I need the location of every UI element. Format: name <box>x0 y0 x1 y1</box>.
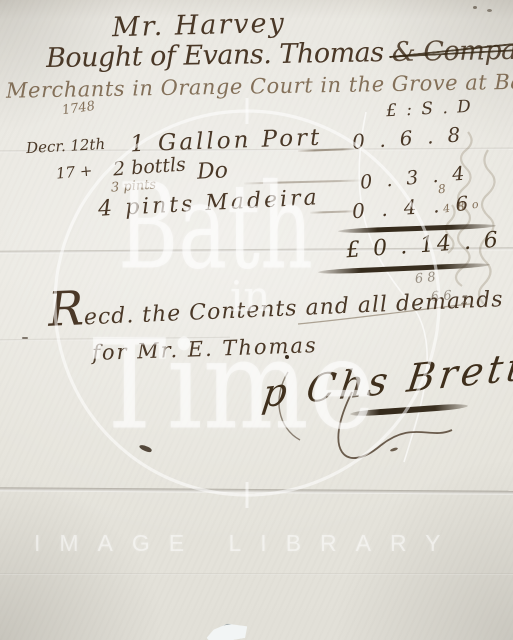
ink-leader-line <box>310 210 354 213</box>
ink-speck <box>22 337 28 339</box>
currency-column-header: £ : S . D <box>386 97 474 122</box>
item-description-insert: 3 pints <box>111 177 157 195</box>
ink-fleck <box>390 447 399 452</box>
item-date: 17 + <box>55 161 93 182</box>
year-note: 1748 <box>61 99 96 118</box>
item-date: Decr. 12th <box>26 135 106 157</box>
receipt-for-line: for Mr. E. Thomas <box>92 333 318 365</box>
verso-ink-bleedthrough <box>446 132 495 304</box>
total-amount: £ 0 . 14 . 6 <box>345 228 501 264</box>
addressee-line: Mr. Harvey <box>112 8 287 44</box>
fold-line-strong <box>0 487 513 495</box>
ink-leader-line <box>244 179 360 184</box>
paper-tear <box>205 620 249 640</box>
total-rule-bottom <box>318 262 490 274</box>
ink-speck <box>487 9 492 12</box>
item-amount: 0 . 6 . 8 <box>351 122 465 154</box>
ink-fleck <box>139 444 153 454</box>
crease-line <box>0 573 513 575</box>
item-amount: 0 . 3 . 4 <box>359 162 469 193</box>
receipt-statement: Recd. the Contents and all demands <box>48 282 504 332</box>
signature-underline-blot <box>350 403 468 417</box>
ink-speck <box>473 6 477 9</box>
scanned-wine-bill-document: Mr. Harvey Bought of Evans. Thomas & Com… <box>0 0 513 640</box>
item-description: 2 bottls <box>112 153 186 180</box>
struck-company-text: & Company <box>391 34 513 68</box>
watermark-image-library: IMAGE LIBRARY <box>34 530 460 557</box>
bought-prefix: Bought of Evans. Thomas <box>46 37 384 74</box>
item-description: 1 Gallon Port <box>130 125 323 158</box>
item-ditto: Do <box>196 158 228 185</box>
